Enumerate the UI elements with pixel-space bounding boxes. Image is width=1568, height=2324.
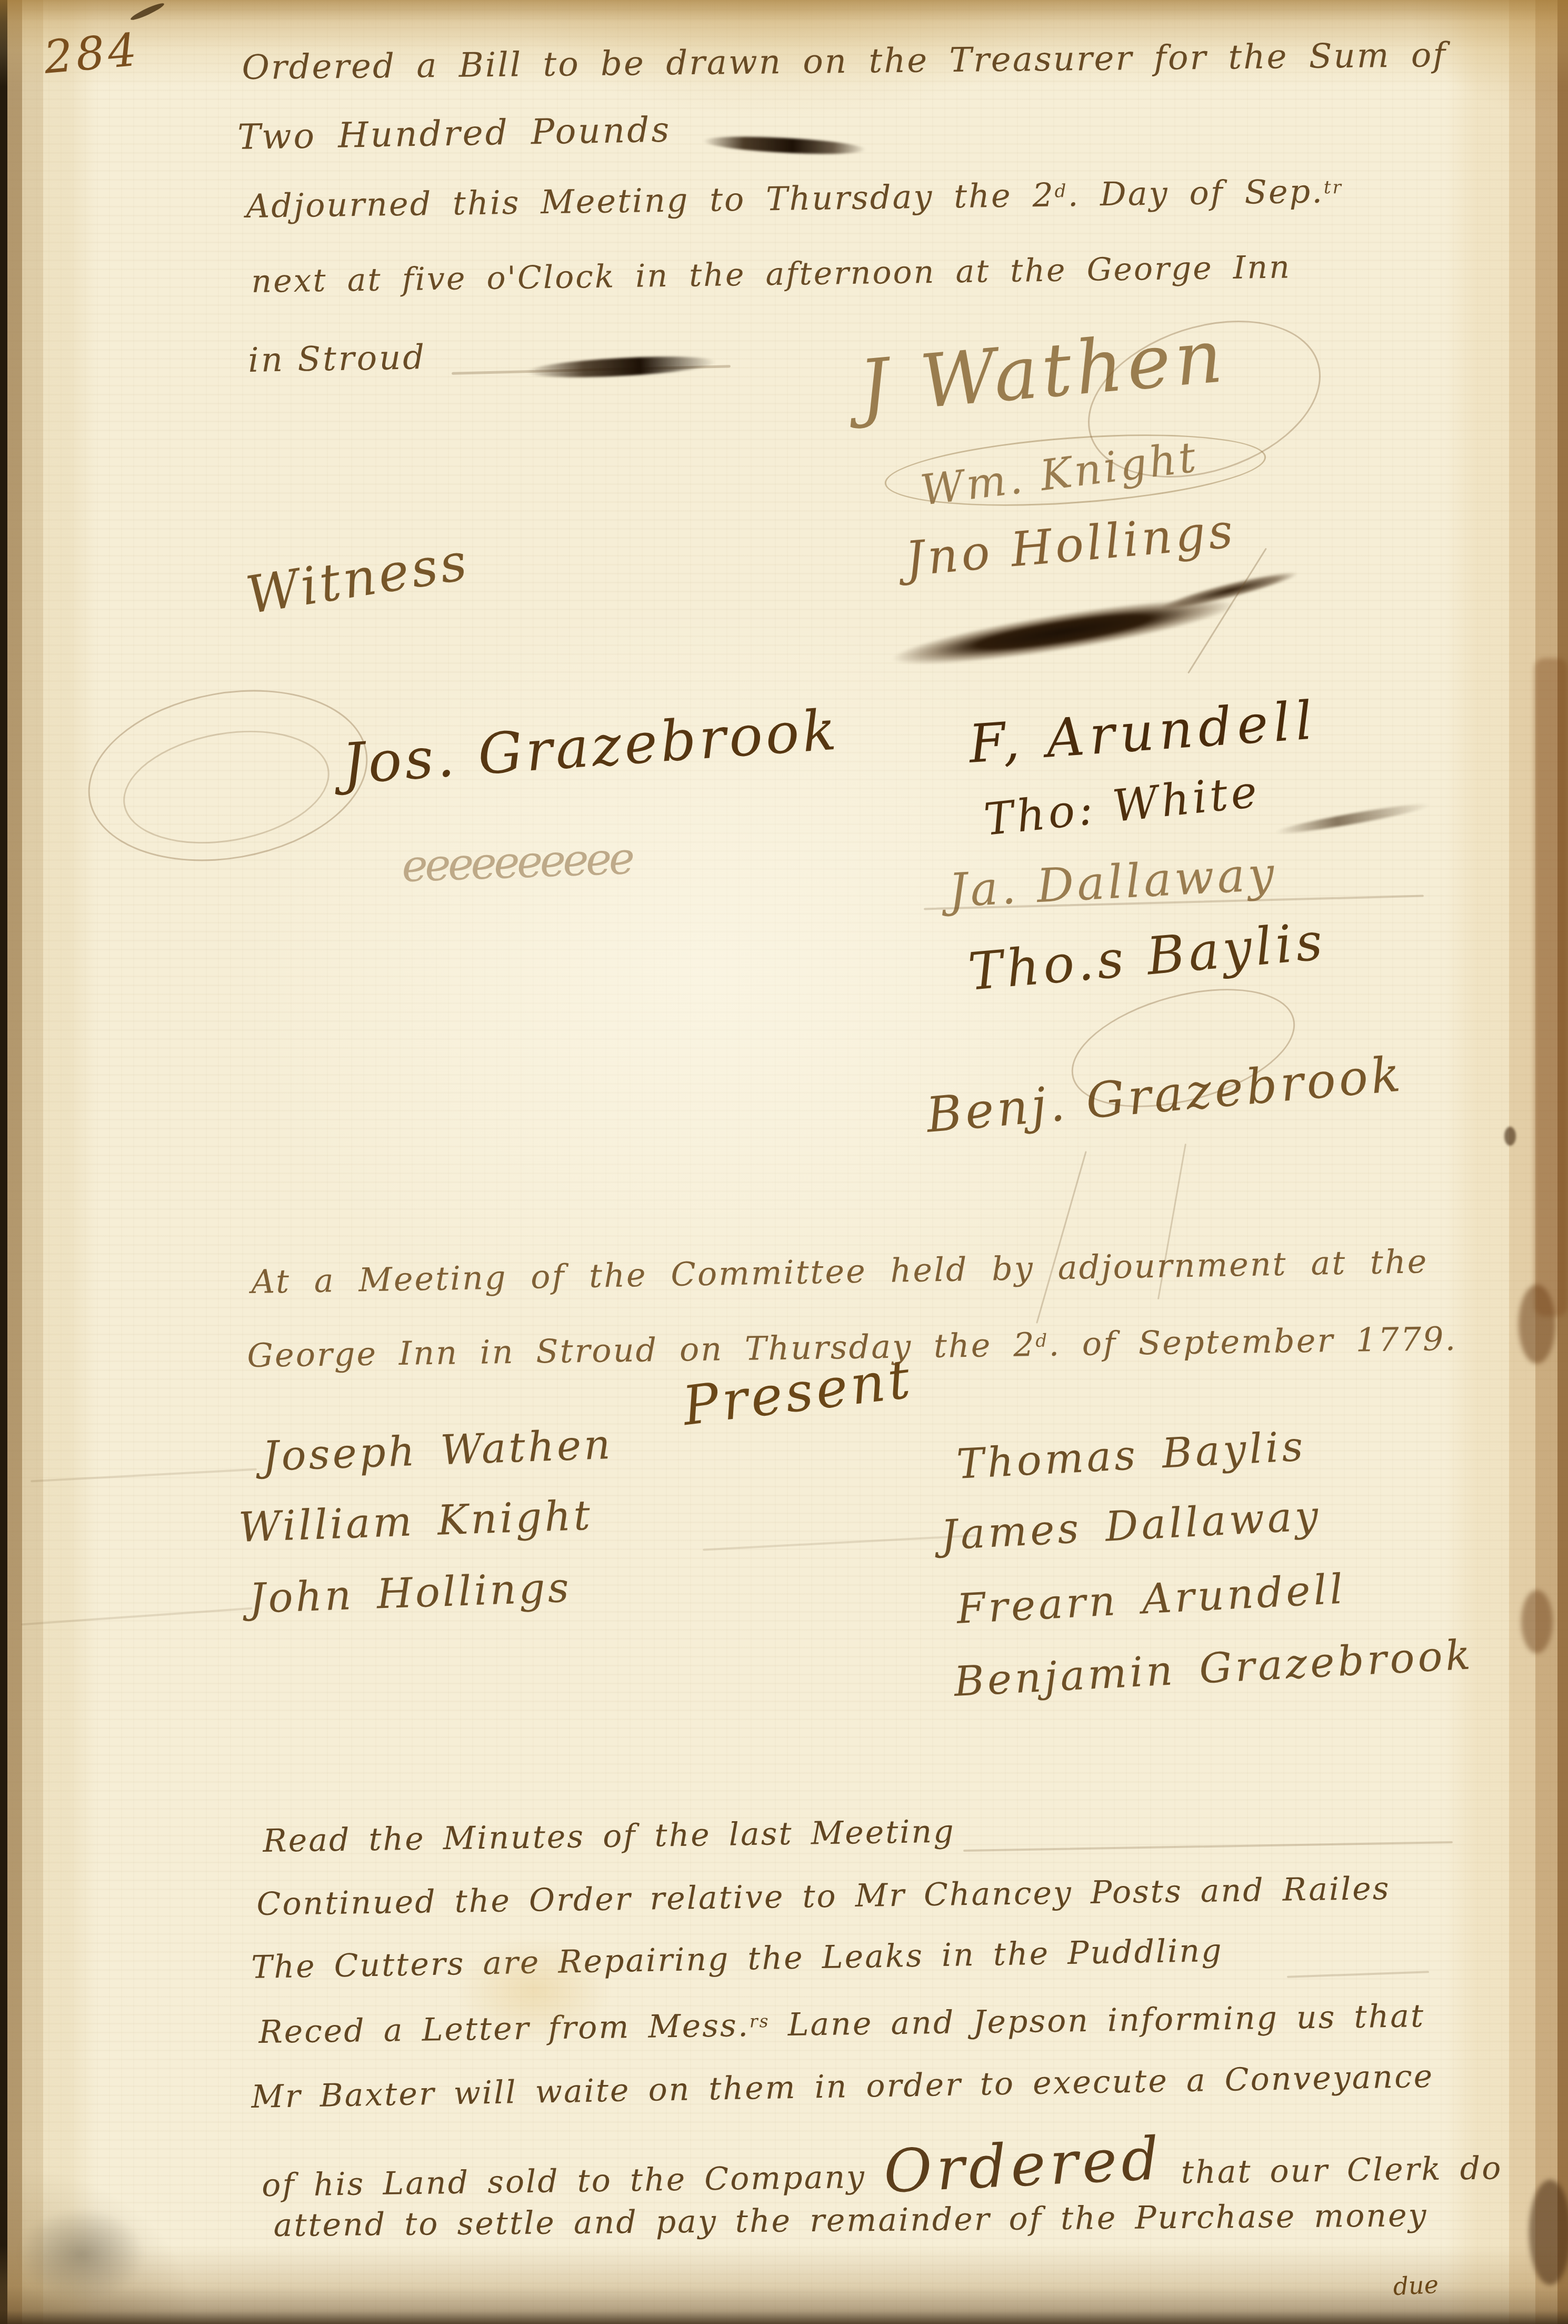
catchword: due: [1392, 2270, 1439, 2301]
minutes-line-4-rest: Lane and Jepson informing us that: [770, 1998, 1425, 2043]
right-edge-blotch-2: [1521, 1590, 1553, 1653]
ben-grazebrook-descender-1: [1036, 1151, 1087, 1324]
minutes-line-4: Reced a Letter from Mess.rs Lane and Jep…: [258, 1998, 1425, 2051]
minutes-line-3: The Cutters are Repairing the Leaks in t…: [251, 1932, 1223, 1986]
adj-line3-superscript-tr: tr: [1324, 177, 1343, 198]
stroud-flourish-blob: [526, 353, 716, 381]
adjournment-line-5: in Stroud: [248, 338, 427, 380]
minutes-line-6: of his Land sold to the Company Ordered …: [261, 2124, 1503, 2210]
heading2-date: . of September 1779.: [1048, 1319, 1457, 1364]
corner-smudge: [18, 2209, 145, 2301]
minutes-line-6-rest: that our Clerk do: [1163, 2150, 1502, 2191]
adj-line3-superscript-d: d: [1054, 181, 1067, 202]
minutes-line-1-dash: [963, 1841, 1453, 1852]
leader-flourish-3: [703, 1534, 976, 1551]
heading2-text: George Inn in Stroud on Thursday the 2: [247, 1325, 1036, 1375]
signature-baylis: Tho.s Baylis: [966, 911, 1328, 1002]
adjournment-line-2: Two Hundred Pounds: [237, 110, 672, 157]
present-right-2: James Dallaway: [940, 1492, 1322, 1560]
right-edge-blotch-3: [1529, 2180, 1568, 2285]
grazebrook-loop-flourish: eeeeeeeeee: [401, 832, 633, 892]
adj-line3-mid: . Day of Sep.: [1067, 172, 1324, 214]
adjournment-line-1: Ordered a Bill to be drawn on the Treasu…: [242, 36, 1447, 87]
page-number: 284: [42, 24, 142, 84]
present-left-2: William Knight: [238, 1492, 594, 1552]
ink-flourish-dash: [702, 134, 866, 157]
adj-line3-text: Adjourned this Meeting to Thursday the 2: [246, 176, 1055, 225]
leader-flourish-2: [21, 1607, 252, 1626]
minutes-line-4-superscript: rs: [750, 2011, 770, 2032]
signature-white: Tho: White: [982, 766, 1263, 846]
adjournment-line-3: Adjourned this Meeting to Thursday the 2…: [246, 172, 1343, 225]
adjournment-line-4: next at five o'Clock in the afternoon at…: [251, 249, 1291, 300]
present-right-1: Thomas Baylis: [955, 1423, 1307, 1488]
minutes-line-1: Read the Minutes of the last Meeting: [263, 1813, 955, 1860]
signature-hollings: Jno Hollings: [903, 503, 1238, 587]
present-right-3: Frearn Arundell: [955, 1565, 1347, 1633]
right-edge-speck: [1504, 1127, 1516, 1146]
minutes-line-6-text: of his Land sold to the Company: [262, 2159, 884, 2204]
witness-label: Witness: [242, 532, 473, 626]
white-swash: [1274, 800, 1432, 838]
minutes-line-5: Mr Baxter will waite on them in order to…: [251, 2058, 1434, 2116]
minutes-line-3-dash: [1287, 1971, 1429, 1978]
signature-arundell: F, Arundell: [967, 689, 1320, 775]
present-left-1: Joseph Wathen: [262, 1421, 614, 1481]
manuscript-page: 284 Ordered a Bill to be drawn on the Tr…: [0, 0, 1568, 2324]
signature-jos-grazebrook: Jos. Grazebrook: [340, 697, 841, 797]
meeting-heading-1: At a Meeting of the Committee held by ad…: [251, 1242, 1429, 1301]
heading2-superscript-d: d: [1035, 1330, 1048, 1352]
present-left-3: John Hollings: [248, 1564, 572, 1623]
ordered-display-word: Ordered: [882, 2124, 1165, 2207]
leader-flourish-1: [31, 1468, 257, 1482]
right-edge-band: [1534, 658, 1568, 1316]
minutes-line-2: Continued the Order relative to Mr Chanc…: [256, 1870, 1391, 1923]
top-ink-mark: [129, 1, 166, 22]
present-right-4: Benjamin Grazebrook: [953, 1631, 1474, 1706]
paper-stain: [458, 1938, 611, 2043]
